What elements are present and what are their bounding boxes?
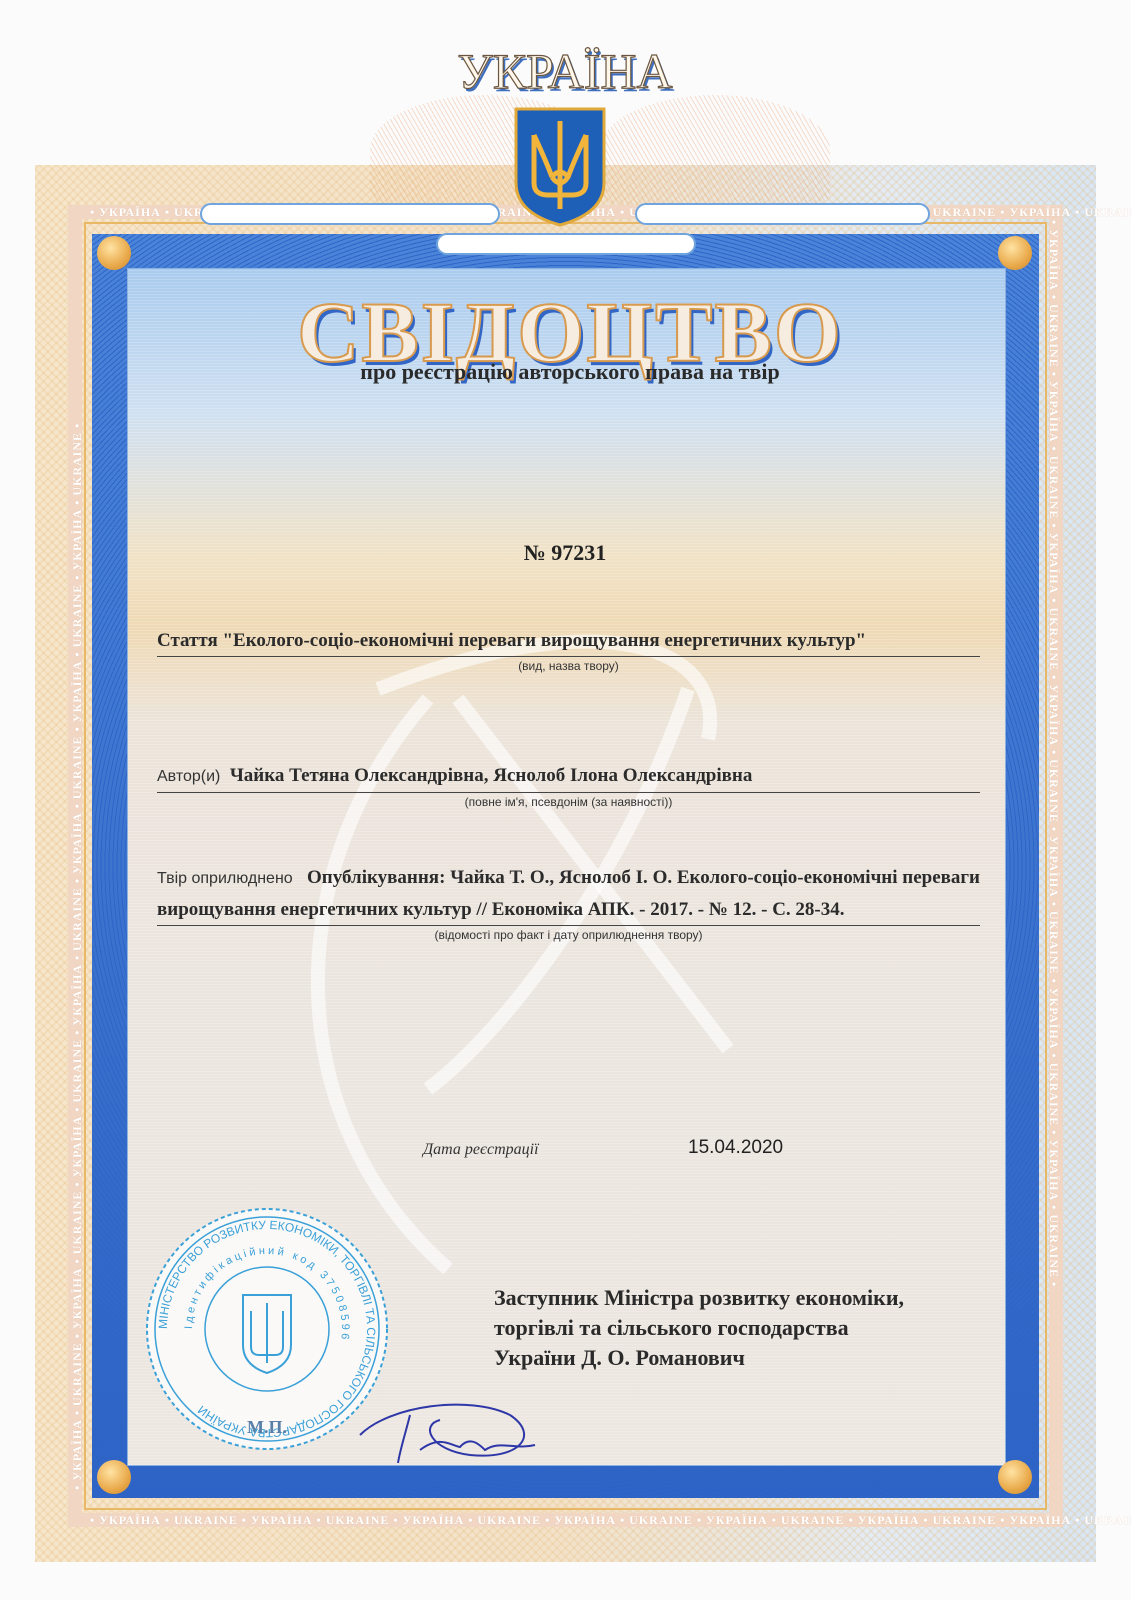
publication-hint: (відомості про факт і дату оприлюднення …	[157, 928, 980, 942]
work-title-value: Стаття "Еколого-соціо-економічні переваг…	[157, 625, 980, 657]
authors-hint: (повне ім'я, псевдонім (за наявності))	[157, 795, 980, 809]
work-title-field: Стаття "Еколого-соціо-економічні переваг…	[157, 625, 980, 673]
corner-medallion-bottom-right	[998, 1460, 1032, 1494]
publication-field: Твір оприлюднено Опублікування: Чайка Т.…	[157, 862, 980, 942]
trident-coat-of-arms-icon	[512, 105, 608, 227]
authors-label: Автор(и)	[157, 768, 220, 785]
authors-field: Автор(и) Чайка Тетяна Олександрівна, Ясн…	[157, 760, 980, 809]
band-text-left: • УКРАЇНА • UKRAINE • УКРАЇНА • UKRAINE …	[70, 423, 85, 1490]
corner-medallion-bottom-left	[97, 1460, 131, 1494]
ornament-wing-right	[600, 95, 830, 205]
country-title: УКРАЇНА	[415, 42, 715, 100]
certificate-subtitle: про реєстрацію авторського права на твір	[255, 359, 885, 385]
seal-mark: М.П.	[247, 1417, 287, 1437]
registration-date-value: 15.04.2020	[688, 1137, 783, 1159]
band-text-bottom: • УКРАЇНА • UKRAINE • УКРАЇНА • UKRAINE …	[90, 1513, 1131, 1528]
authors-value: Чайка Тетяна Олександрівна, Яснолоб Ілон…	[230, 765, 753, 786]
corner-medallion-top-left	[97, 236, 131, 270]
signer-block: Заступник Міністра розвитку економіки, т…	[494, 1283, 904, 1373]
ribbon-center	[436, 233, 696, 255]
registration-date-label: Дата реєстрації	[423, 1141, 539, 1159]
ribbon-left	[200, 203, 500, 225]
handwritten-signature	[350, 1395, 550, 1465]
certificate-number: № 97231	[350, 540, 780, 566]
publication-label: Твір оприлюднено	[157, 870, 293, 887]
work-title-hint: (вид, назва твору)	[157, 659, 980, 673]
corner-medallion-top-right	[998, 236, 1032, 270]
band-text-right: • УКРАЇНА • UKRAINE • УКРАЇНА • UKRAINE …	[1046, 220, 1061, 1287]
ribbon-right	[635, 203, 930, 225]
